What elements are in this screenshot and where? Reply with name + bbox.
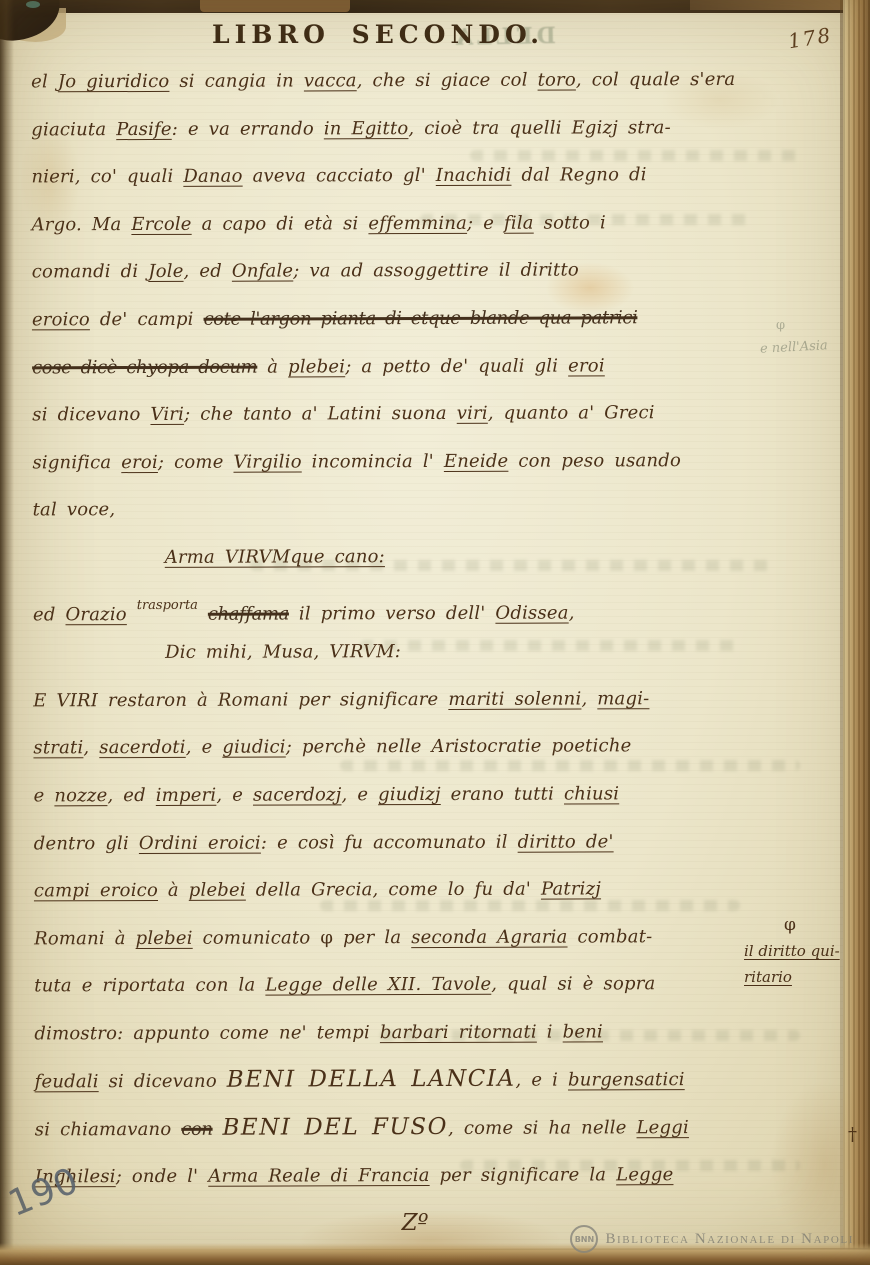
text-segment: , ed: [107, 785, 155, 806]
text-segment: fila: [504, 212, 534, 233]
manuscript-line: Inghilesi; onde l' Arma Reale di Francia…: [35, 1150, 834, 1200]
text-segment: de' campi: [90, 309, 204, 330]
text-segment: erano tutti: [441, 783, 564, 804]
manuscript-line: si dicevano Viri; che tanto a' Latini su…: [32, 389, 831, 439]
text-segment: Ercole: [131, 214, 191, 235]
manuscript-line: Argo. Ma Ercole a capo di età si effemmi…: [32, 198, 831, 248]
manuscript-line: Romani à plebei comunicato φ per la seco…: [34, 912, 833, 962]
text-segment: tuta e riportata con la: [34, 975, 265, 997]
library-logo-icon: BNN: [570, 1225, 598, 1253]
manuscript-line: comandi di Jole, ed Onfale; va ad assogg…: [32, 246, 831, 296]
text-segment: il primo verso dell': [289, 602, 496, 624]
text-segment: plebei: [189, 880, 246, 901]
struck-out-text: chaffama: [208, 603, 289, 624]
text-segment: si dicevano: [99, 1071, 227, 1092]
text-segment: Jo giuridico: [58, 71, 170, 92]
corner-fleck: [26, 1, 40, 8]
text-segment: comandi di: [32, 261, 149, 282]
text-segment: in Egitto: [324, 118, 409, 139]
text-segment: mariti solenni: [448, 688, 581, 709]
text-segment: giaciuta: [31, 119, 116, 140]
text-segment: , e: [341, 784, 378, 805]
text-segment: ; onde l': [116, 1165, 209, 1186]
text-segment: chiusi: [564, 783, 619, 804]
binding-gutter-shadow: [0, 0, 14, 1265]
manuscript-line: cose dicè chyopa docum à plebei; a petto…: [32, 341, 831, 391]
manuscript-line: nieri, co' quali Danao aveva cacciato gl…: [31, 151, 830, 201]
text-segment: , e: [216, 785, 253, 806]
text-segment: viri: [457, 403, 488, 424]
struck-out-text: con: [181, 1119, 212, 1140]
manuscript-line: strati, sacerdoti, e giudici; perchè nel…: [33, 722, 832, 772]
text-segment: [198, 603, 208, 624]
manuscript-line: el Jo giuridico si cangia in vacca, che …: [31, 56, 830, 106]
margin-note-line: il diritto qui-: [744, 942, 840, 960]
text-segment: dentro gli: [34, 833, 139, 854]
text-segment: Eneide: [444, 450, 509, 471]
text-segment: Inachidi: [436, 165, 512, 186]
text-segment: comunicato: [193, 927, 321, 948]
text-segment: combat-: [567, 926, 652, 947]
library-watermark-label: Biblioteca Nazionale di Napoli: [605, 1231, 854, 1248]
text-segment: Arma VIRVMque cano:: [165, 546, 385, 568]
margin-note-line: ritario: [744, 968, 792, 986]
text-segment: dimostro: appunto come ne' tempi: [34, 1022, 380, 1044]
manuscript-line: tuta e riportata con la Legge delle XII.…: [34, 960, 833, 1010]
text-segment: ,: [83, 737, 99, 758]
text-segment: campi eroico: [34, 880, 158, 901]
text-segment: : e così fu accomunato il: [261, 831, 518, 853]
text-segment: burgensatici: [568, 1070, 685, 1091]
text-segment: sacerdoti: [99, 737, 186, 758]
text-segment: , qual si è sopra: [491, 974, 655, 996]
text-segment: e: [34, 785, 55, 806]
text-segment: giudici: [222, 737, 285, 758]
text-segment: trasporta: [137, 597, 198, 612]
text-segment: ; perchè nelle Aristocratie poetiche: [286, 736, 632, 758]
text-segment: ,: [569, 602, 575, 623]
text-segment: per significare la: [430, 1164, 617, 1186]
manuscript-line: giaciuta Pasife: e va errando in Egitto,…: [31, 103, 830, 153]
struck-out-text: cose dicè chyopa docum: [32, 356, 257, 378]
text-segment: ; va ad assoggettire il diritto: [293, 260, 579, 282]
text-segment: eroi: [121, 452, 158, 473]
text-segment: el: [31, 71, 58, 92]
text-segment: plebei: [136, 928, 193, 949]
text-segment: per la: [333, 927, 411, 948]
manuscript-line: feudali si dicevano BENI DELLA LANCIA, e…: [34, 1055, 833, 1105]
text-segment: nozze: [54, 785, 107, 806]
text-segment: , e: [186, 737, 223, 758]
manuscript-line: e nozze, ed imperi, e sacerdozj, e giudi…: [34, 770, 833, 820]
text-segment: Jole: [148, 261, 183, 282]
margin-cross-mark: †: [848, 1124, 857, 1145]
manuscript-line: tal voce,: [33, 484, 832, 534]
text-segment: Odissea: [495, 602, 568, 623]
manuscript-text-block: el Jo giuridico si cangia in vacca, che …: [31, 56, 834, 1201]
text-segment: effemmina: [368, 213, 467, 234]
text-segment: , col quale s'era: [576, 69, 735, 91]
text-segment: si chiamavano: [35, 1119, 182, 1141]
text-segment: : e va errando: [172, 118, 324, 140]
text-segment: Romani à: [34, 928, 136, 949]
library-watermark: BNN Biblioteca Nazionale di Napoli: [570, 1225, 854, 1253]
text-segment: Pasife: [116, 119, 172, 140]
text-segment: Viri: [150, 404, 184, 425]
manuscript-line: significa eroi; come Virgilio incomincia…: [32, 436, 831, 486]
text-segment: eroi: [568, 355, 605, 376]
manuscript-line: si chiamavano con BENI DEL FUSO, come si…: [35, 1103, 834, 1153]
text-segment: , e i: [515, 1070, 568, 1091]
text-segment: , quanto a' Greci: [488, 402, 655, 424]
text-segment: , come si ha nelle: [448, 1117, 637, 1139]
text-segment: vacca: [304, 70, 357, 91]
text-segment: , cioè tra quelli Egizj stra-: [408, 117, 671, 139]
text-segment: Dic mihi, Musa, VIRVM:: [165, 641, 401, 663]
text-segment: à: [257, 356, 288, 377]
struck-out-text: cote l'argon pianta di etque blande qua …: [204, 307, 638, 330]
text-segment: eroico: [32, 309, 90, 330]
text-segment: giudizj: [378, 784, 441, 805]
manuscript-line: eroico de' campi cote l'argon pianta di …: [32, 294, 831, 344]
text-segment: dal Regno di: [511, 164, 646, 185]
text-segment: tal voce,: [33, 499, 116, 520]
text-segment: Virgilio: [233, 451, 301, 472]
text-segment: con peso usando: [508, 450, 681, 472]
text-segment: aveva cacciato gl': [243, 165, 436, 187]
text-segment: ; come: [158, 451, 234, 472]
text-segment: significa: [32, 452, 121, 473]
text-segment: della Grecia, come lo fu da': [246, 879, 541, 901]
faint-margin-sign: φ: [776, 318, 785, 333]
text-segment: Orazio: [65, 604, 126, 625]
text-segment: , che si giace col: [357, 70, 538, 92]
manuscript-page-scan: DELLA LIBRO SECONDO. 178 el Jo giuridico…: [0, 0, 870, 1265]
text-segment: toro: [538, 69, 576, 90]
margin-note-right: φ il diritto qui- ritario: [744, 912, 864, 990]
text-segment: seconda Agraria: [411, 926, 567, 948]
text-segment: , ed: [183, 261, 231, 282]
text-segment: Legge delle XII. Tavole: [265, 974, 491, 996]
text-segment: nieri, co' quali: [31, 166, 183, 188]
text-segment: si cangia in: [169, 70, 304, 91]
manuscript-line: Dic mihi, Musa, VIRVM:: [165, 627, 832, 677]
text-segment: i: [537, 1021, 563, 1042]
text-segment: Onfale: [232, 261, 293, 282]
text-segment: φ: [320, 927, 333, 948]
text-segment: Ordini eroici: [139, 832, 261, 853]
text-segment: sacerdozj: [253, 784, 342, 805]
text-segment: feudali: [35, 1072, 99, 1093]
text-segment: si dicevano: [32, 404, 150, 425]
manuscript-line: campi eroico à plebei della Grecia, come…: [34, 865, 833, 915]
book-fore-edge: [843, 0, 870, 1265]
text-segment: [127, 604, 137, 625]
emphasized-caps-text: BENI DELLA LANCIA: [227, 1066, 516, 1093]
manuscript-line: E VIRI restaron à Romani per significare…: [33, 674, 832, 724]
text-segment: Arma Reale di Francia: [208, 1165, 429, 1187]
text-segment: E VIRI restaron à Romani per significare: [33, 689, 448, 711]
text-segment: [213, 1119, 223, 1140]
text-segment: plebei: [288, 356, 345, 377]
text-segment: Legge: [616, 1164, 673, 1185]
manuscript-line: dentro gli Ordini eroici: e così fu acco…: [34, 817, 833, 867]
emphasized-caps-text: BENI DEL FUSO: [222, 1114, 448, 1141]
text-segment: Argo. Ma: [32, 214, 132, 235]
text-segment: sotto i: [534, 212, 606, 233]
text-segment: Patrizj: [541, 879, 601, 900]
page-title: LIBRO SECONDO.: [212, 20, 544, 49]
text-segment: ; che tanto a' Latini suona: [184, 403, 457, 425]
book-top-edge-fragment: [200, 0, 350, 12]
text-segment: a capo di età si: [192, 213, 369, 235]
text-segment: strati: [33, 738, 83, 759]
text-segment: incomincia l': [302, 451, 444, 472]
text-segment: Leggi: [636, 1117, 688, 1138]
folio-number: 178: [786, 23, 833, 54]
text-segment: barbari ritornati: [380, 1022, 537, 1044]
text-segment: ,: [581, 688, 597, 709]
text-segment: beni: [563, 1021, 603, 1042]
text-segment: ed: [33, 604, 66, 625]
text-segment: à: [158, 880, 189, 901]
text-segment: ; a petto de' quali gli: [345, 355, 568, 377]
manuscript-line: Arma VIRVMque cano:: [165, 532, 832, 582]
text-segment: ; e: [467, 213, 504, 234]
text-segment: diritto de': [518, 831, 614, 852]
manuscript-line: ed Orazio trasporta chaffama il primo ve…: [33, 579, 832, 629]
insertion-sign: φ: [784, 912, 864, 938]
text-segment: imperi: [156, 785, 217, 806]
text-segment: Danao: [183, 166, 242, 187]
text-segment: magi-: [597, 688, 649, 709]
manuscript-line: dimostro: appunto come ne' tempi barbari…: [34, 1007, 833, 1057]
